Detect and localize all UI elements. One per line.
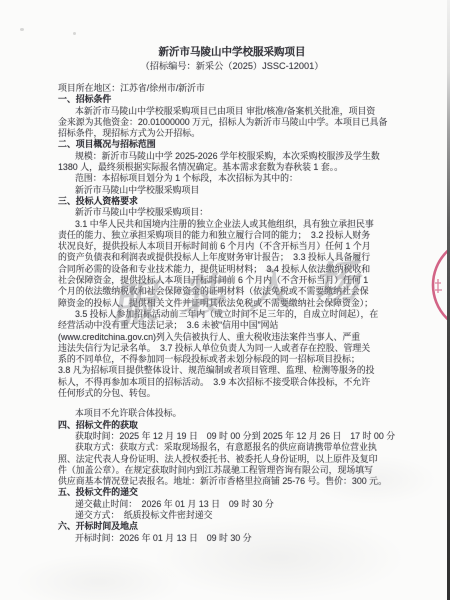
doc-line: 递交截止时间： 2026 年 01 月 13 日 09 时 30 分 xyxy=(58,499,406,510)
doc-line: 违法失信行为记录名单。 3.7 投标人单位负责人为同一人或者存在控股、管理关 xyxy=(58,343,406,354)
section-5-heading: 五、投标文件的递交 xyxy=(58,487,406,498)
doc-line: 个月的依法缴纳税收和社会保障资金的证明材料（依法免税或不需要缴纳社会保 xyxy=(58,286,406,297)
tender-number: （招标编号：新采公（2025）JSSC-12001） xyxy=(58,61,406,72)
section-3-heading: 三、投标人资格要求 xyxy=(58,196,406,207)
scan-speck xyxy=(73,32,76,35)
doc-line: 获取方式：获取方式：采取现场报名，有意愿报名的供应商请携带单位营业执 xyxy=(58,442,406,453)
doc-line-location: 项目所在地区：江苏省/徐州市/新沂市 xyxy=(58,83,406,94)
doc-line: 的资产负债表和利润表或提供投标人上年度财务审计报告； 3.3 投标人具备履行 xyxy=(58,252,406,263)
section-6-heading: 六、开标时间及地点 xyxy=(58,521,406,532)
doc-line: 合同所必需的设备和专业技术能力，提供证明材料； 3.4 投标人依法缴纳税收和 xyxy=(58,264,406,275)
doc-line: 规模：新沂市马陵山中学 2025-2026 学年校服采购，本次采购校服涉及学生数 xyxy=(58,151,406,162)
doc-line: 范围：本招标项目划分为 1 个标段，本次招标为其中的： xyxy=(58,173,406,184)
doc-line: 3.8 凡为招标项目提供整体设计、规范编制或者项目管理、监理、检测等服务的投 xyxy=(58,365,406,376)
doc-line: 招标条件，现招标方式为公开招标。 xyxy=(58,128,406,139)
doc-line: 递交方式： 纸质投标文件密封递交 xyxy=(58,510,406,521)
doc-line: 开标时间：2026 年 01 月 13 日 09 时 30 分 xyxy=(58,533,406,544)
doc-line: 状况良好，提供投标人本项目开标时间前 6 个月内（不含开标当月）任何 1 个月 xyxy=(58,241,406,252)
doc-line: 供应商基本情况登记表报名。地址：新沂市香格里拉商铺 25-76 号。售价：300… xyxy=(58,476,406,487)
document-content: 新沂市马陵山中学校服采购项目 （招标编号：新采公（2025）JSSC-12001… xyxy=(58,46,406,544)
doc-line: 3.5 投标人参加招标活动前三年内（成立时间不足三年的，自成立时间起），在 xyxy=(58,309,406,320)
doc-line: (www.creditchina.gov.cn)列入失信被执行人、重大税收违法案… xyxy=(58,332,406,343)
doc-line: 本项目不允许联合体投标。 xyxy=(58,408,406,419)
doc-line: 系的不同单位，不得参加同一标段投标或者未划分标段的同一招标项目投标； xyxy=(58,354,406,365)
doc-line: 3.1 中华人民共和国境内注册的独立企业法人或其他组织，具有独立承担民事 xyxy=(58,219,406,230)
section-4-heading: 四、招标文件的获取 xyxy=(58,420,406,431)
doc-line: 社会保障资金，提供投标人本项目开标时间前 6 个月内（不含开标当月）任何 1 xyxy=(58,275,406,286)
doc-line: 照、法定代表人身份证明、法人授权委托书、被委托人身份证明，以上原件及复印 xyxy=(58,454,406,465)
section-2-heading: 二、项目概况与招标范围 xyxy=(58,139,406,150)
doc-line: 本新沂市马陵山中学校服采购项目已由项目 审批/核准/备案机关批准，项目资 xyxy=(58,106,406,117)
scanned-document-page: 新沂市马陵山中学校服采购项目 （招标编号：新采公（2025）JSSC-12001… xyxy=(0,0,450,600)
doc-line: 责任的能力、独立承担采购项目的能力和独立履行合同的能力； 3.2 投标人财务 xyxy=(58,230,406,241)
doc-line: 1380 人，最终须根据实际报名情况确定。基本需求套数为春秋装 1 套。。 xyxy=(58,162,406,173)
doc-line: 任何形式的分包、转包。 xyxy=(58,388,406,399)
document-title: 新沂市马陵山中学校服采购项目 xyxy=(58,46,406,59)
doc-line: 金来源为其他资金：20.01000000 万元，招标人为新沂市马陵山中学。本项目… xyxy=(58,117,406,128)
doc-line: 标人，不得再参加本项目的招标活动。 3.9 本次招标不接受联合体投标，不允许 xyxy=(58,377,406,388)
doc-line: 件（加盖公章）。在规定获取时间内到江苏晟驰工程管理咨询有限公司，现场填写 xyxy=(58,465,406,476)
doc-line: 障资金的投标人、提供相关文件并证明其依法免税或不需要缴纳社会保障资金）； xyxy=(58,298,406,309)
seal-text-fragment xyxy=(435,279,442,293)
doc-line: 新沂市马陵山中学校服采购项目 xyxy=(58,185,406,196)
doc-line: 经营活动中没有重大违法记录； 3.6 未被“信用中国”网站 xyxy=(58,320,406,331)
scan-speck xyxy=(20,28,24,31)
doc-line: 获取时间：2025 年 12 月 19 日 09 时 00 分到 2025 年 … xyxy=(58,431,406,442)
section-1-heading: 一、招标条件 xyxy=(58,94,406,105)
doc-line: 新沂市马陵山中学校服采购项目： xyxy=(58,207,406,218)
